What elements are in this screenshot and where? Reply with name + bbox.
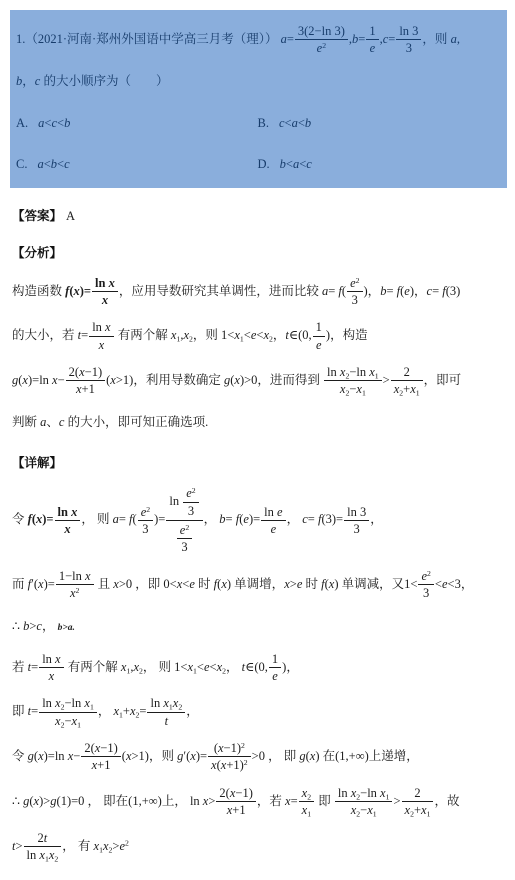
option-b: B.c<a<b	[258, 116, 500, 131]
option-a: A.a<c<b	[16, 116, 258, 131]
question-line-1: 1.（2021·河南·郑州外国语中学高三月考（理）） a=3(2−ln 3)e2…	[16, 24, 499, 56]
solution-paragraph-3: ∴ b>c， b>a.	[12, 614, 507, 639]
answer-heading: 【答案】	[12, 209, 62, 223]
document-page: 1.（2021·河南·郑州外国语中学高三月考（理）） a=3(2−ln 3)e2…	[0, 0, 515, 880]
analysis-paragraph-2: 的大小，若 t=ln xx 有两个解 x1,x2，则 1<x1<e<x2，t∈(…	[12, 320, 507, 352]
answer-line: 【答案】A	[12, 208, 507, 226]
solution-paragraph-4: 若 t=ln xx 有两个解 x1,x2， 则 1<x1<e<x2， t∈(0,…	[12, 652, 507, 684]
analysis-paragraph-1: 构造函数 f(x)=ln xx，应用导数研究其单调性，进而比较 a= f(e23…	[12, 276, 507, 308]
analysis-paragraph-4: 判断 a、c 的大小，即可知正确选项.	[12, 410, 507, 435]
option-b-math: c<a<b	[279, 116, 311, 130]
option-d: D.b<a<c	[258, 157, 500, 172]
solution-paragraph-1: 令 f(x)=ln xx， 则 a= f(e23)=ln e23e23， b= …	[12, 485, 507, 556]
analysis-paragraph-3: g(x)=ln x−2(x−1)x+1(x>1)，利用导数确定 g(x)>0，进…	[12, 365, 507, 397]
option-a-label: A.	[16, 116, 28, 130]
option-a-math: a<c<b	[38, 116, 70, 130]
answer-value: A	[66, 209, 75, 223]
solution-paragraph-7: ∴ g(x)>g(1)=0 ， 即在(1,+∞)上， ln x>2(x−1)x+…	[12, 786, 507, 818]
option-b-label: B.	[258, 116, 269, 130]
option-c-math: a<b<c	[37, 157, 69, 171]
solution-paragraph-6: 令 g(x)=ln x−2(x−1)x+1(x>1)，则 g′(x)=(x−1)…	[12, 741, 507, 773]
solution-paragraph-5: 即 t=ln x2−ln x1x2−x1， x1+x2=ln x1x2t，	[12, 696, 507, 728]
question-line-2: b，c 的大小顺序为（ ）	[16, 70, 499, 94]
solution-heading: 【详解】	[12, 456, 62, 470]
question-box: 1.（2021·河南·郑州外国语中学高三月考（理）） a=3(2−ln 3)e2…	[10, 10, 507, 188]
option-c-label: C.	[16, 157, 27, 171]
analysis-heading: 【分析】	[12, 246, 62, 260]
options-grid: A.a<c<b B.c<a<b C.a<b<c D.b<a<c	[16, 116, 499, 172]
solution-heading-line: 【详解】	[12, 455, 507, 473]
solution-paragraph-8: t>2tln x1x2， 有 x1x2>e2	[12, 831, 507, 863]
solution-paragraph-2: 而 f′(x)=1−ln xx2 且 x>0 ，即 0<x<e 时 f(x) 单…	[12, 569, 507, 601]
option-c: C.a<b<c	[16, 157, 258, 172]
option-d-label: D.	[258, 157, 270, 171]
option-d-math: b<a<c	[280, 157, 312, 171]
analysis-heading-line: 【分析】	[12, 245, 507, 263]
